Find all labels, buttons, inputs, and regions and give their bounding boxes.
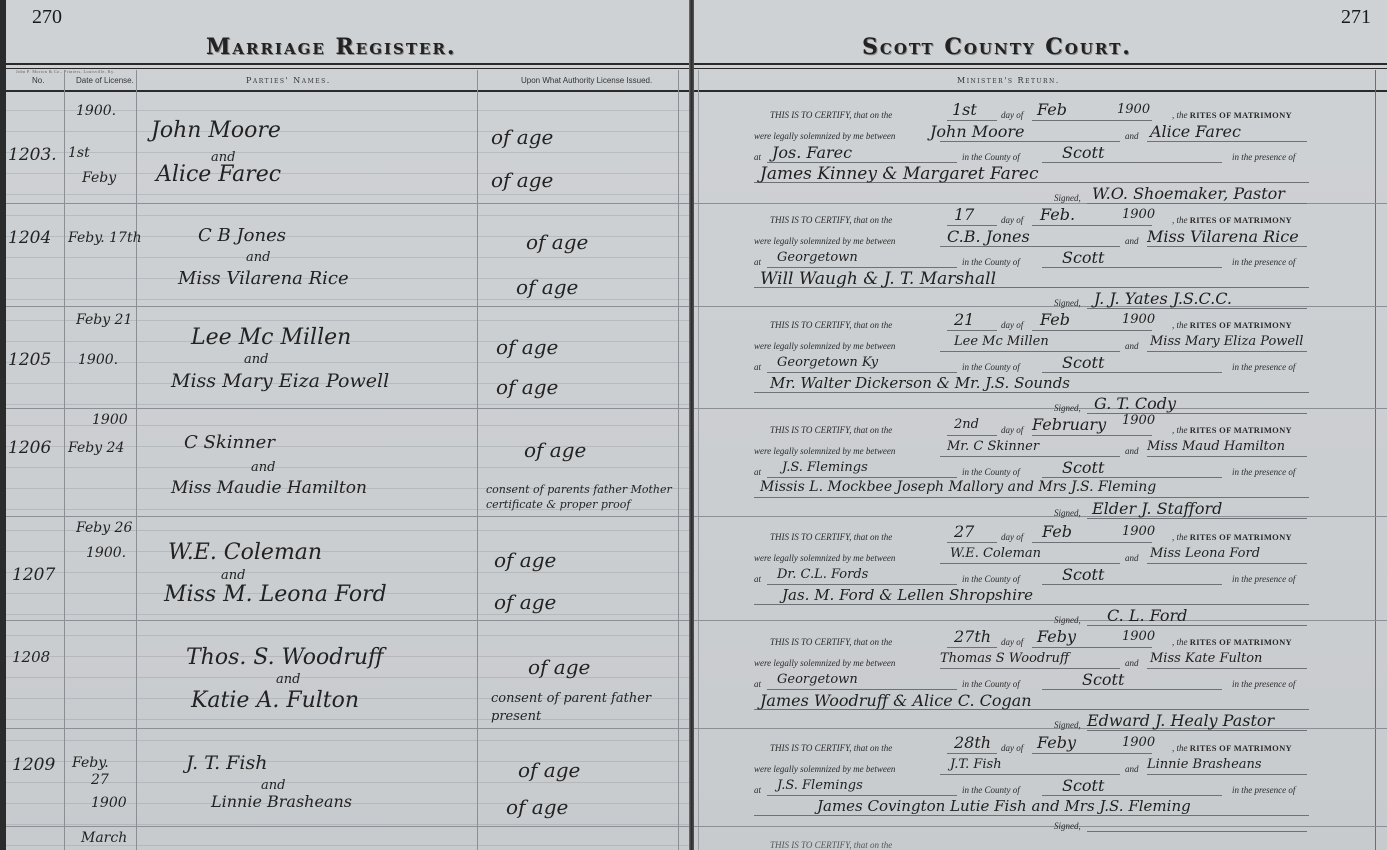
groom-name: J. T. Fish (186, 752, 267, 774)
row-divider (6, 203, 692, 204)
form-text: that on the (854, 425, 893, 435)
form-text: in the presence of (1232, 467, 1295, 477)
marriage-month: Feb (1042, 522, 1072, 541)
license-date: 1900 (92, 412, 128, 428)
authority-bride: of age (516, 275, 578, 299)
marriage-day: 27 (954, 522, 974, 541)
form-text: at (754, 679, 761, 689)
form-text: , the (1172, 110, 1188, 120)
authority-bride: of age (491, 168, 553, 192)
form-text: in the presence of (1232, 152, 1295, 162)
marriage-month: Feb (1037, 100, 1067, 119)
authority-groom: of age (526, 230, 588, 254)
row-divider (692, 620, 1387, 621)
form-text: in the presence of (1232, 257, 1295, 267)
form-text: THIS IS TO CERTIFY, (770, 320, 852, 330)
form-text: , the (1172, 743, 1188, 753)
license-date: 1st (68, 145, 90, 161)
row-divider (692, 306, 1387, 307)
row-divider (692, 408, 1387, 409)
form-text: in the County of (962, 679, 1020, 689)
marriage-month: Feb (1040, 310, 1070, 329)
form-text: and (1125, 658, 1139, 668)
officiant-signature: Elder J. Stafford (1092, 499, 1222, 518)
form-text: in the County of (962, 362, 1020, 372)
form-text: RITES OF MATRIMONY (1190, 637, 1292, 647)
column-header-authority: Upon What Authority License Issued. (521, 76, 652, 85)
form-text: that on the (854, 215, 893, 225)
witnesses: Will Waugh & J. T. Marshall (760, 269, 996, 289)
marriage-month: Feby (1037, 733, 1076, 752)
bride-name: Miss Leona Ford (1150, 546, 1260, 561)
column-header-no: No. (32, 76, 44, 85)
form-text: in the County of (962, 574, 1020, 584)
bride-name: Miss Kate Fulton (1150, 651, 1262, 666)
form-text: RITES OF MATRIMONY (1190, 320, 1292, 330)
authority-bride: of age (496, 375, 558, 399)
license-date: Feby. 17th (68, 230, 142, 246)
license-date: Feby 24 (68, 440, 124, 456)
authority-groom: of age (528, 655, 590, 679)
marriage-place: J.S. Flemings (782, 460, 868, 475)
entry-number: 1203. (8, 145, 57, 165)
form-text: were legally solemnized by me between (754, 764, 895, 774)
form-text: THIS IS TO CERTIFY, (770, 215, 852, 225)
form-text: at (754, 574, 761, 584)
license-date: March (81, 830, 127, 846)
marriage-day: 28th (954, 733, 991, 752)
marriage-year: 1900 (1122, 629, 1155, 644)
book-spine-fold (689, 0, 694, 850)
marriage-day: 17 (954, 205, 974, 224)
groom-name: C Skinner (184, 432, 275, 453)
bride-name: Miss Maudie Hamilton (171, 478, 367, 498)
officiant-signature: W.O. Shoemaker, Pastor (1092, 184, 1285, 203)
marriage-year: 1900 (1122, 312, 1155, 327)
witnesses: Missis L. Mockbee Joseph Mallory and Mrs… (760, 479, 1156, 495)
marriage-day: 1st (952, 100, 977, 119)
form-text: at (754, 257, 761, 267)
form-text: in the presence of (1232, 362, 1295, 372)
row-divider (692, 516, 1387, 517)
column-divider (136, 70, 137, 850)
groom-name: John Moore (930, 122, 1025, 141)
column-header-parties: Parties' Names. (246, 76, 331, 85)
officiant-signature: G. T. Cody (1094, 394, 1176, 413)
form-text: THIS IS TO CERTIFY, (770, 110, 852, 120)
county: Scott (1062, 248, 1104, 267)
form-text: Signed, (1054, 720, 1081, 730)
marriage-year: 1900 (1122, 735, 1155, 750)
form-text: Signed, (1054, 298, 1081, 308)
officiant-signature: Edward J. Healy Pastor (1087, 711, 1274, 730)
bride-name: Miss Vilarena Rice (1147, 227, 1299, 246)
row-divider (692, 826, 1387, 827)
license-date: Feby. (72, 755, 109, 771)
form-text: that on the (854, 110, 893, 120)
county: Scott (1062, 458, 1104, 477)
form-text: in the County of (962, 467, 1020, 477)
form-text: in the County of (962, 785, 1020, 795)
bride-name: Alice Farec (156, 162, 281, 187)
form-text: , the (1172, 637, 1188, 647)
authority-groom: of age (518, 758, 580, 782)
entry-number: 1207 (12, 565, 55, 585)
form-text: day of (1001, 637, 1023, 647)
form-text: were legally solemnized by me between (754, 553, 895, 563)
form-text: in the County of (962, 152, 1020, 162)
officiant-signature: C. L. Ford (1107, 606, 1187, 625)
header-rule (692, 63, 1387, 65)
bride-name: Miss Mary Eiza Powell (171, 370, 389, 392)
license-date: Feby 21 (76, 312, 132, 328)
marriage-place: Jos. Farec (772, 143, 852, 162)
row-divider (6, 826, 692, 827)
bride-name: Linnie Brasheans (211, 792, 352, 811)
form-text: and (1125, 341, 1139, 351)
marriage-place: Georgetown (777, 672, 858, 687)
authority-note: consent of parent father present (491, 690, 661, 726)
form-text: day of (1001, 215, 1023, 225)
license-date: Feby 26 (76, 520, 132, 536)
county: Scott (1062, 776, 1104, 795)
license-date: 27 (91, 772, 109, 788)
form-text: day of (1001, 743, 1023, 753)
marriage-day: 27th (954, 627, 991, 646)
bride-name: Miss Maud Hamilton (1147, 439, 1285, 454)
form-text: were legally solemnized by me between (754, 236, 895, 246)
marriage-day: 2nd (954, 417, 979, 432)
marriage-month: February (1032, 415, 1106, 434)
form-text: RITES OF MATRIMONY (1190, 110, 1292, 120)
bride-name: Katie A. Fulton (191, 688, 359, 713)
margin-line (1375, 70, 1376, 850)
license-date: 1900. (76, 103, 116, 119)
form-text: were legally solemnized by me between (754, 658, 895, 668)
witnesses: James Woodruff & Alice C. Cogan (760, 691, 1032, 710)
marriage-month: Feby (1037, 627, 1076, 646)
marriage-day: 21 (954, 310, 974, 329)
and-connector: and (246, 250, 270, 265)
form-text: that on the (854, 743, 893, 753)
authority-groom: of age (524, 438, 586, 462)
form-text: THIS IS TO CERTIFY, that on the (770, 840, 892, 850)
form-text: were legally solemnized by me between (754, 341, 895, 351)
entry-number: 1209 (12, 755, 55, 775)
form-text: Signed, (1054, 403, 1081, 413)
bride-name: Miss Vilarena Rice (178, 268, 349, 289)
form-text: and (1125, 131, 1139, 141)
form-text: and (1125, 446, 1139, 456)
row-divider (6, 408, 692, 409)
form-text: THIS IS TO CERTIFY, (770, 425, 852, 435)
marriage-place: Dr. C.L. Fords (777, 567, 868, 582)
groom-name: C.B. Jones (947, 227, 1030, 246)
license-date: 1900 (91, 795, 127, 811)
groom-name: Thomas S Woodruff (940, 651, 1069, 666)
form-text: RITES OF MATRIMONY (1190, 425, 1292, 435)
marriage-place: Georgetown (777, 250, 858, 265)
marriage-place: J.S. Flemings (777, 778, 863, 793)
left-page-marriage-register: 270 Marriage Register. John P. Morton & … (0, 0, 692, 850)
form-text: and (1125, 553, 1139, 563)
form-text: , the (1172, 532, 1188, 542)
form-text: in the County of (962, 257, 1020, 267)
license-date: 1900. (86, 545, 126, 561)
form-text: THIS IS TO CERTIFY, (770, 532, 852, 542)
form-text: were legally solemnized by me between (754, 131, 895, 141)
groom-name: C B Jones (198, 225, 286, 246)
marriage-year: 1900 (1117, 102, 1150, 117)
column-divider (678, 70, 679, 850)
groom-name: Lee Mc Millen (954, 334, 1049, 349)
form-text: , the (1172, 320, 1188, 330)
county: Scott (1082, 670, 1124, 689)
form-text: were legally solemnized by me between (754, 446, 895, 456)
groom-name: W.E. Coleman (168, 540, 322, 565)
marriage-year: 1900 (1122, 524, 1155, 539)
form-text: THIS IS TO CERTIFY, (770, 637, 852, 647)
groom-name: J.T. Fish (950, 757, 1002, 772)
entry-number: 1204 (8, 228, 51, 248)
form-text: RITES OF MATRIMONY (1190, 215, 1292, 225)
license-date: 1900. (78, 352, 118, 368)
bride-name: Linnie Brasheans (1147, 757, 1262, 772)
form-text: and (1125, 764, 1139, 774)
witnesses: James Kinney & Margaret Farec (760, 164, 1039, 184)
form-text: that on the (854, 532, 893, 542)
form-text: RITES OF MATRIMONY (1190, 743, 1292, 753)
county: Scott (1062, 565, 1104, 584)
column-divider (64, 70, 65, 850)
witnesses: James Covington Lutie Fish and Mrs J.S. … (817, 797, 1191, 815)
register-title: Marriage Register. (206, 34, 457, 60)
form-text: in the presence of (1232, 574, 1295, 584)
row-divider (6, 516, 692, 517)
marriage-month: Feb. (1040, 205, 1075, 224)
authority-groom: of age (491, 125, 553, 149)
witnesses: Mr. Walter Dickerson & Mr. J.S. Sounds (770, 374, 1070, 392)
and-connector: and (244, 352, 268, 367)
authority-groom: of age (496, 335, 558, 359)
form-text: at (754, 362, 761, 372)
form-text: at (754, 785, 761, 795)
form-text: Signed, (1054, 821, 1081, 831)
header-rule (6, 63, 692, 65)
page-number-right: 271 (1341, 6, 1371, 29)
form-text: Signed, (1054, 193, 1081, 203)
form-text: RITES OF MATRIMONY (1190, 532, 1292, 542)
authority-groom: of age (494, 548, 556, 572)
margin-line (698, 70, 699, 850)
form-text: THIS IS TO CERTIFY, (770, 743, 852, 753)
form-text: and (1125, 236, 1139, 246)
groom-name: Thos. S. Woodruff (186, 645, 384, 670)
form-text: Signed, (1054, 508, 1081, 518)
bride-name: Miss M. Leona Ford (164, 582, 387, 607)
row-divider (6, 306, 692, 307)
groom-name: Lee Mc Millen (191, 325, 351, 350)
header-bottom-rule (6, 90, 692, 92)
form-text: that on the (854, 320, 893, 330)
row-divider (6, 620, 692, 621)
and-connector: and (261, 778, 285, 793)
entry-number: 1208 (12, 648, 50, 666)
groom-name: W.E. Coleman (950, 546, 1041, 561)
form-text: , the (1172, 425, 1188, 435)
and-connector: and (251, 460, 275, 475)
form-text: day of (1001, 320, 1023, 330)
form-text: at (754, 467, 761, 477)
form-text: at (754, 152, 761, 162)
officiant-signature: J. J. Yates J.S.C.C. (1094, 289, 1232, 308)
entry-number: 1206 (8, 438, 51, 458)
marriage-place: Georgetown Ky (777, 355, 878, 370)
form-text: , the (1172, 215, 1188, 225)
page-number-left: 270 (32, 6, 62, 29)
form-text: day of (1001, 110, 1023, 120)
form-text: in the presence of (1232, 679, 1295, 689)
groom-name: John Moore (151, 118, 281, 143)
witnesses: Jas. M. Ford & Lellen Shropshire (782, 586, 1033, 604)
header-rule (692, 68, 1387, 69)
form-text: day of (1001, 425, 1023, 435)
row-divider (6, 728, 692, 729)
column-header-date: Date of License. (76, 76, 134, 85)
column-header-ministers-return: Minister's Return. (957, 76, 1060, 85)
groom-name: Mr. C Skinner (947, 439, 1039, 454)
entry-number: 1205 (8, 350, 51, 370)
right-page-ministers-return: 271 Scott County Court. Minister's Retur… (692, 0, 1387, 850)
and-connector: and (276, 672, 300, 687)
authority-bride: of age (506, 795, 568, 819)
county: Scott (1062, 353, 1104, 372)
bride-name: Alice Farec (1150, 122, 1241, 141)
printer-imprint: John P. Morton & Co., Printers, Louisvil… (16, 69, 115, 74)
authority-bride: of age (494, 590, 556, 614)
marriage-year: 1900 (1122, 413, 1155, 428)
court-title: Scott County Court. (862, 34, 1132, 60)
column-divider (477, 70, 478, 850)
form-text: day of (1001, 532, 1023, 542)
license-date: Feby (82, 170, 116, 186)
authority-note: consent of parents father Mother certifi… (486, 482, 686, 512)
form-text: that on the (854, 637, 893, 647)
bride-name: Miss Mary Eliza Powell (1150, 334, 1303, 349)
form-text: in the presence of (1232, 785, 1295, 795)
header-bottom-rule (692, 90, 1387, 92)
form-text: Signed, (1054, 615, 1081, 625)
and-connector: and (221, 568, 245, 583)
row-divider (692, 728, 1387, 729)
marriage-year: 1900 (1122, 207, 1155, 222)
ruled-lines (6, 90, 692, 850)
county: Scott (1062, 143, 1104, 162)
